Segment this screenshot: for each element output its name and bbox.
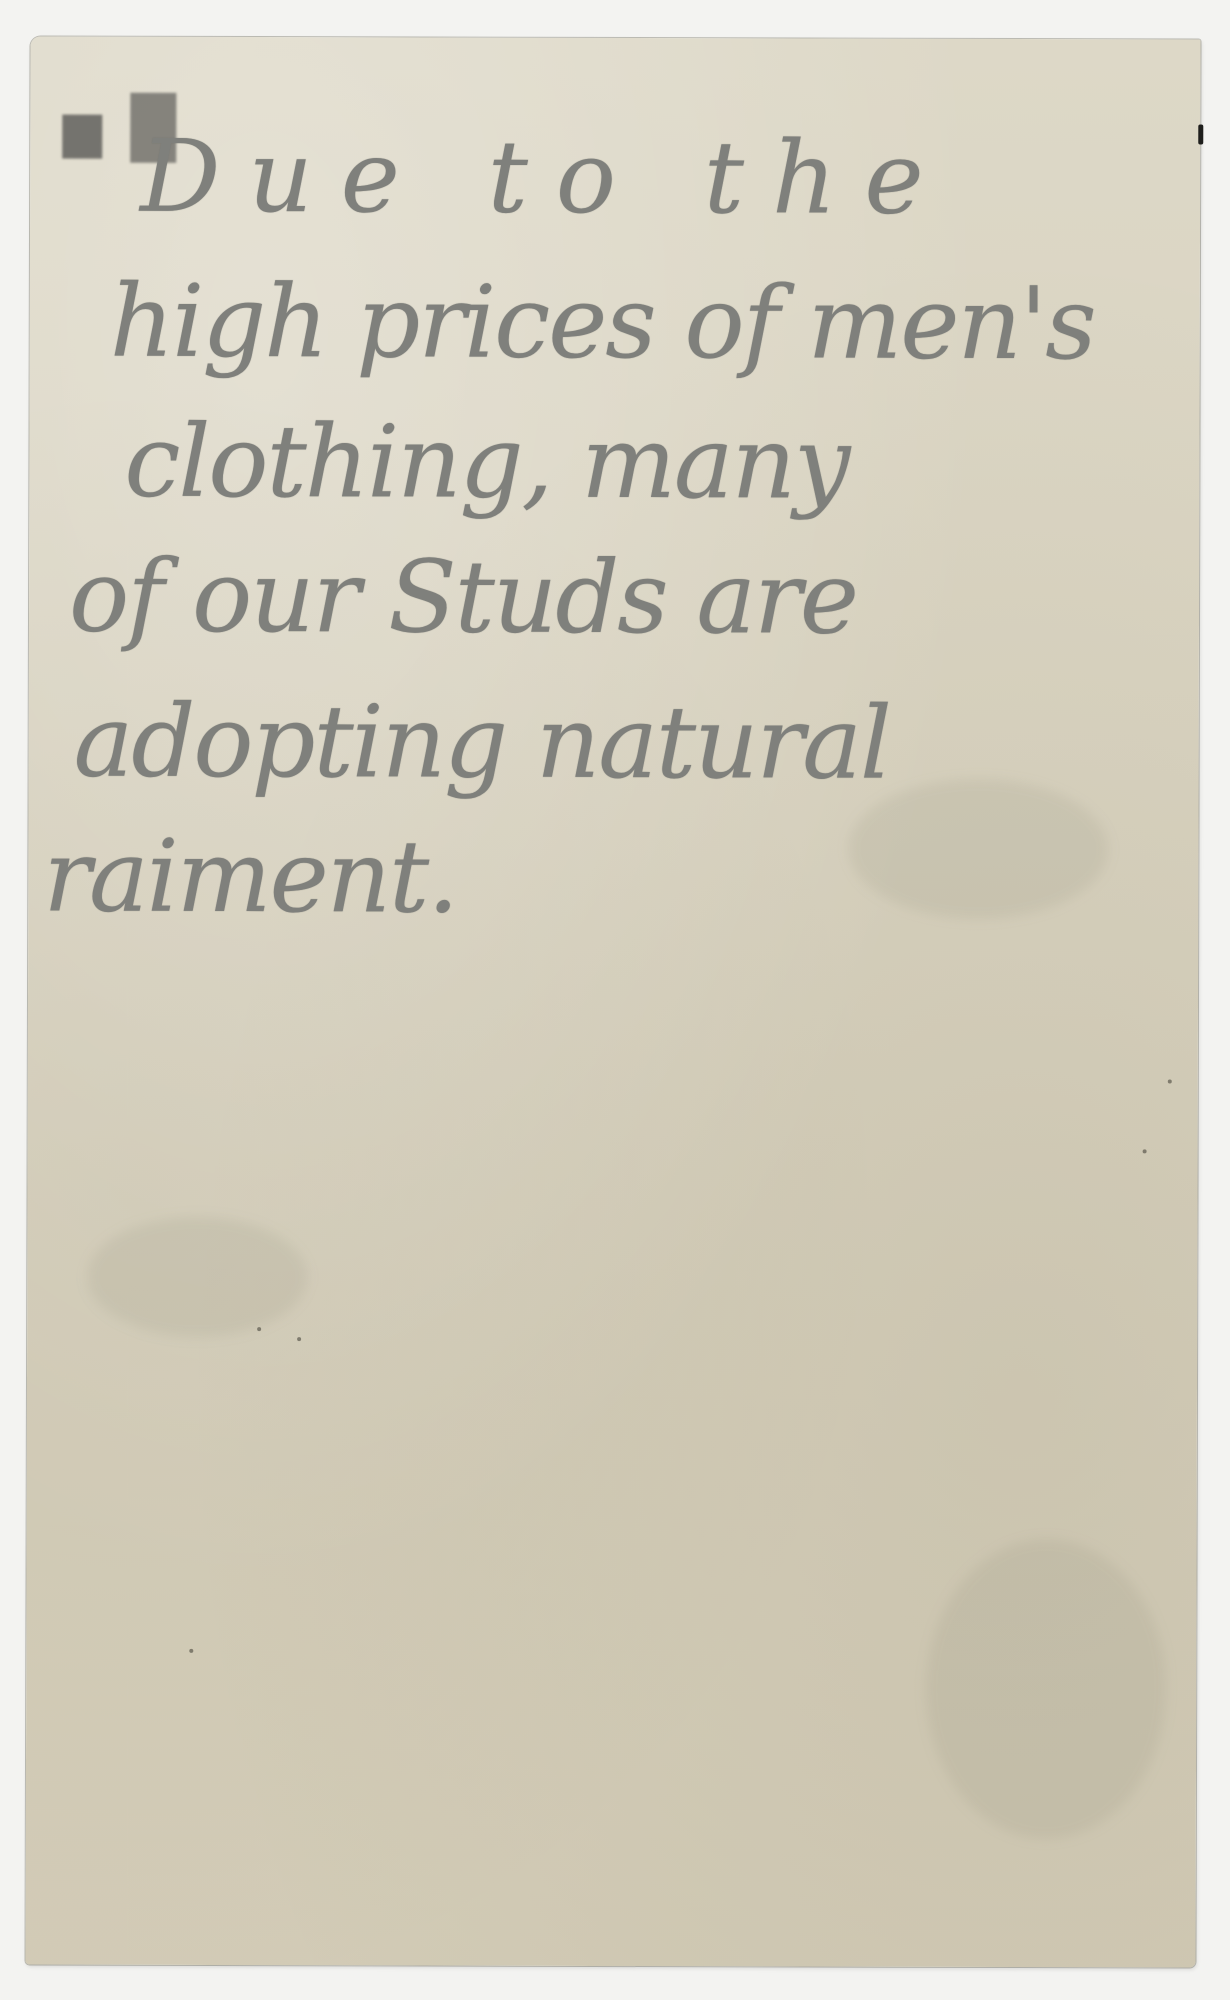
handwriting-line-1: Due to the xyxy=(140,127,952,229)
card: Due to the high prices of men's clothing… xyxy=(25,36,1200,1967)
handwriting-line-4: of our Studs are xyxy=(69,547,857,649)
handwriting-line-2: high prices of men's xyxy=(110,272,1095,375)
handwritten-note: Due to the high prices of men's clothing… xyxy=(25,36,1200,1967)
handwriting-line-3: clothing, many xyxy=(124,412,848,514)
handwriting-line-6: raiment. xyxy=(43,827,457,928)
handwriting-line-5: adopting natural xyxy=(74,692,891,794)
